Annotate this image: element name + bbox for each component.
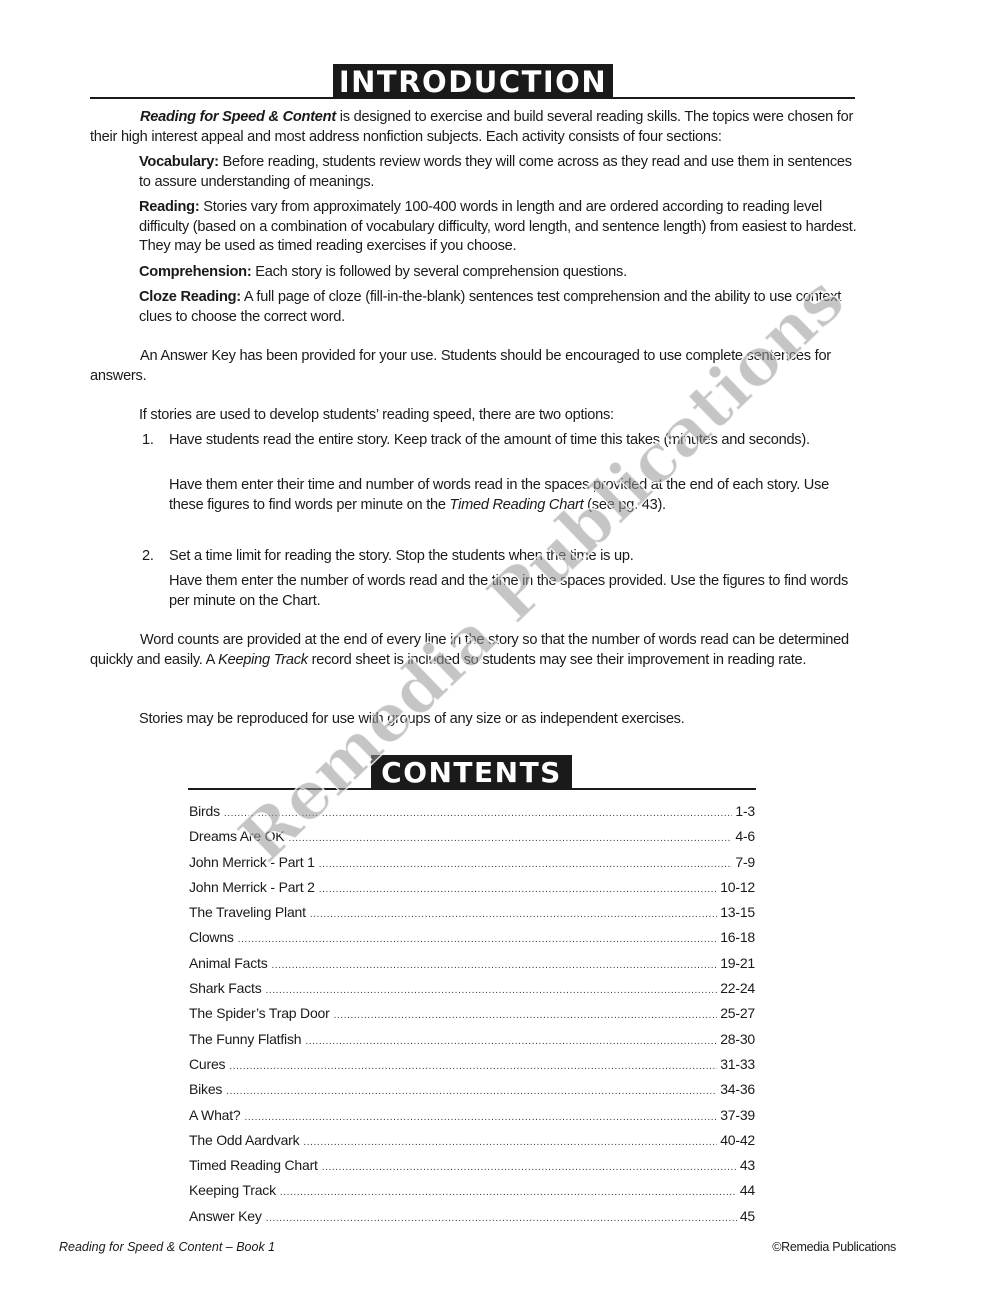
toc-entry-pages: 37-39 [717,1107,755,1123]
toc-dot-leader [226,1086,717,1097]
toc-entry-title: The Traveling Plant [189,904,310,920]
toc-entry-title: A What? [189,1107,245,1123]
toc-dot-leader [238,934,717,945]
toc-entry-pages: 34-36 [717,1081,755,1097]
toc-entry: Shark Facts22-24 [189,980,755,1005]
book-title: Reading for Speed & Content [140,109,336,125]
section-label: Cloze Reading: [139,289,241,305]
toc-entry-pages: 31-33 [717,1056,755,1072]
toc-dot-leader [272,960,718,971]
toc-entry-pages: 25-27 [717,1005,755,1021]
toc-entry: John Merrick - Part 17-9 [189,854,755,879]
toc-entry-pages: 28-30 [717,1031,755,1047]
toc-entry-pages: 43 [737,1157,755,1173]
toc-entry-pages: 45 [737,1208,755,1224]
section-label: Comprehension: [139,264,251,280]
introduction-heading-rule: INTRODUCTION [90,60,855,99]
toc-entry-title: Cures [189,1056,229,1072]
toc-entry: Birds1-3 [189,803,755,828]
introduction-heading: INTRODUCTION [333,64,613,99]
toc-entry-title: Answer Key [189,1208,266,1224]
word-counts-paragraph: Word counts are provided at the end of e… [90,631,858,670]
toc-entry-title: Shark Facts [189,980,266,996]
toc-entry: Timed Reading Chart43 [189,1157,755,1182]
option-number: 1. [142,431,154,451]
toc-dot-leader [229,1061,717,1072]
keeping-track-ref: Keeping Track [218,652,308,668]
toc-dot-leader [266,1213,737,1224]
option-2-followup: Have them enter the number of words read… [169,572,857,611]
timed-reading-chart-ref: Timed Reading Chart [450,497,584,513]
toc-entry: The Traveling Plant13-15 [189,904,755,929]
section-reading: Reading: Stories vary from approximately… [139,198,857,257]
toc-entry: Dreams Are OK4-6 [189,828,755,853]
contents-heading-rule: CONTENTS [188,752,756,790]
table-of-contents: Birds1-3Dreams Are OK4-6John Merrick - P… [189,803,755,1233]
toc-entry: Animal Facts19-21 [189,955,755,980]
section-cloze-reading: Cloze Reading: A full page of cloze (fil… [139,288,857,327]
section-comprehension: Comprehension: Each story is followed by… [139,263,857,283]
toc-entry-title: Bikes [189,1081,226,1097]
toc-entry: The Funny Flatfish28-30 [189,1031,755,1056]
toc-dot-leader [266,985,718,996]
footer-book-title: Reading for Speed & Content – Book 1 [59,1240,275,1254]
toc-entry: The Odd Aardvark40-42 [189,1132,755,1157]
toc-entry-pages: 13-15 [717,904,755,920]
toc-entry-pages: 16-18 [717,929,755,945]
toc-entry-pages: 10-12 [717,879,755,895]
option-number: 2. [142,547,154,567]
toc-dot-leader [305,1036,717,1047]
toc-entry-pages: 22-24 [717,980,755,996]
toc-entry-title: John Merrick - Part 2 [189,879,319,895]
toc-entry-title: The Spider’s Trap Door [189,1005,334,1021]
toc-dot-leader [245,1112,718,1123]
toc-entry-title: Dreams Are OK [189,828,288,844]
option-2: 2. Set a time limit for reading the stor… [139,547,857,567]
toc-entry: Answer Key45 [189,1208,755,1233]
toc-entry: John Merrick - Part 210-12 [189,879,755,904]
toc-entry-title: Timed Reading Chart [189,1157,322,1173]
toc-entry: A What?37-39 [189,1107,755,1132]
section-label: Reading: [139,199,199,215]
option-1: 1. Have students read the entire story. … [139,431,857,451]
toc-entry-title: The Funny Flatfish [189,1031,305,1047]
option-1-followup: Have them enter their time and number of… [169,476,857,515]
contents-heading: CONTENTS [371,755,572,790]
toc-dot-leader [322,1162,737,1173]
toc-dot-leader [224,808,732,819]
toc-entry-pages: 44 [737,1182,755,1198]
toc-entry: The Spider’s Trap Door25-27 [189,1005,755,1030]
toc-entry: Clowns16-18 [189,929,755,954]
toc-dot-leader [280,1187,737,1198]
toc-entry-title: Clowns [189,929,238,945]
toc-entry-title: Birds [189,803,224,819]
toc-dot-leader [310,909,717,920]
toc-dot-leader [334,1010,718,1021]
answer-key-paragraph: An Answer Key has been provided for your… [90,347,858,386]
toc-entry-pages: 40-42 [717,1132,755,1148]
toc-entry-title: John Merrick - Part 1 [189,854,319,870]
toc-entry: Cures31-33 [189,1056,755,1081]
toc-entry-pages: 1-3 [732,803,755,819]
toc-entry-pages: 4-6 [732,828,755,844]
toc-dot-leader [319,884,717,895]
toc-entry: Bikes34-36 [189,1081,755,1106]
intro-paragraph: Reading for Speed & Content is designed … [90,108,858,147]
toc-entry-title: Keeping Track [189,1182,280,1198]
footer-copyright: ©Remedia Publications [772,1240,896,1254]
toc-dot-leader [303,1137,717,1148]
options-intro: If stories are used to develop students’… [139,406,857,426]
toc-dot-leader [288,833,732,844]
section-label: Vocabulary: [139,154,219,170]
section-vocabulary: Vocabulary: Before reading, students rev… [139,153,857,192]
toc-entry-pages: 7-9 [732,854,755,870]
reproduce-paragraph: Stories may be reproduced for use with g… [139,710,857,730]
toc-entry: Keeping Track44 [189,1182,755,1207]
toc-entry-title: The Odd Aardvark [189,1132,303,1148]
toc-entry-pages: 19-21 [717,955,755,971]
toc-dot-leader [319,859,733,870]
toc-entry-title: Animal Facts [189,955,272,971]
